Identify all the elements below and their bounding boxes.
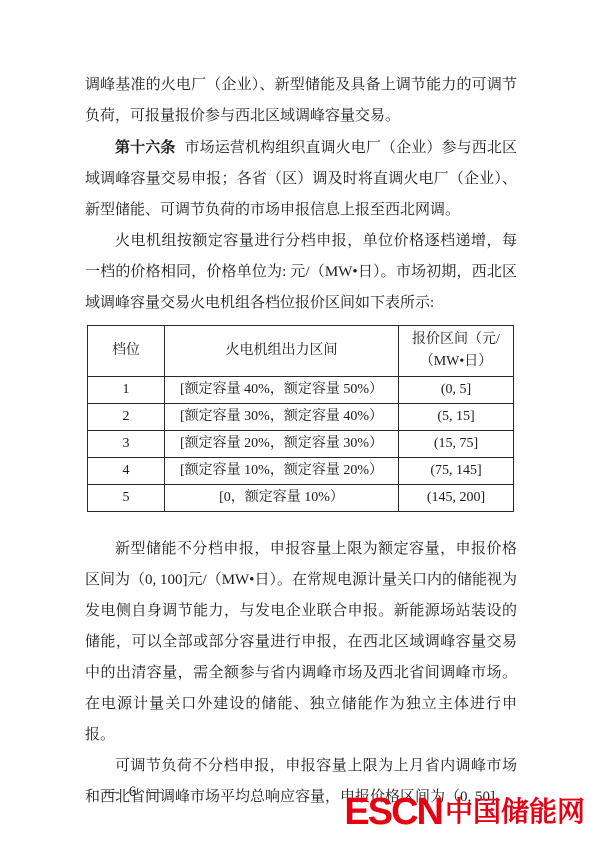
paragraph-storage-bidding: 新型储能不分档申报，申报容量上限为额定容量，申报价格区间为（0, 100]元/（… (85, 534, 517, 751)
escn-logo-text-zh: 中国储能网 (445, 796, 585, 828)
header-tier: 档位 (88, 326, 165, 377)
table-header-row: 档位 火电机组出力区间 报价区间（元/ （MW•日） (88, 326, 514, 377)
paragraph-thermal-bidding: 火电机组按额定容量进行分档申报，单位价格逐档递增，每一档的价格相同，价格单位为:… (85, 226, 517, 319)
table-cell-tier: 3 (88, 431, 165, 458)
pricing-table: 档位 火电机组出力区间 报价区间（元/ （MW•日） 1 [额定容量 40%，额… (87, 325, 514, 512)
table-cell-price: (0, 5] (399, 377, 514, 404)
table-cell-tier: 1 (88, 377, 165, 404)
table-cell-tier: 4 (88, 458, 165, 485)
table-cell-range: [0，额定容量 10%） (165, 485, 399, 512)
paragraph-continuation: 调峰基准的火电厂（企业）、新型储能及具备上调节能力的可调节负荷，可报量报价参与西… (85, 70, 517, 132)
table-cell-tier: 5 (88, 485, 165, 512)
table-cell-price: (15, 75] (399, 431, 514, 458)
table-row: 1 [额定容量 40%，额定容量 50%） (0, 5] (88, 377, 514, 404)
table-cell-price: (145, 200] (399, 485, 514, 512)
page-number: — 6 — (104, 784, 164, 801)
article-number-label: 第十六条 (115, 139, 175, 156)
escn-logo-text-en: ESCN (344, 796, 442, 828)
table-cell-range: [额定容量 20%，额定容量 30%） (165, 431, 399, 458)
document-page: 调峰基准的火电厂（企业）、新型储能及具备上调节能力的可调节负荷，可报量报价参与西… (0, 0, 600, 848)
table-row: 4 [额定容量 10%，额定容量 20%） (75, 145] (88, 458, 514, 485)
table-row: 2 [额定容量 30%，额定容量 40%） (5, 15] (88, 404, 514, 431)
table-cell-tier: 2 (88, 404, 165, 431)
table-row: 5 [0，额定容量 10%） (145, 200] (88, 485, 514, 512)
document-body: 调峰基准的火电厂（企业）、新型储能及具备上调节能力的可调节负荷，可报量报价参与西… (85, 70, 517, 813)
escn-logo: ESCN 中国储能网 (344, 796, 585, 828)
table-row: 3 [额定容量 20%，额定容量 30%） (15, 75] (88, 431, 514, 458)
header-price-range: 报价区间（元/ （MW•日） (399, 326, 514, 377)
table-cell-range: [额定容量 30%，额定容量 40%） (165, 404, 399, 431)
header-output-range: 火电机组出力区间 (165, 326, 399, 377)
table-cell-price: (5, 15] (399, 404, 514, 431)
table-cell-range: [额定容量 10%，额定容量 20%） (165, 458, 399, 485)
table-cell-price: (75, 145] (399, 458, 514, 485)
table-cell-range: [额定容量 40%，额定容量 50%） (165, 377, 399, 404)
paragraph-article-16: 第十六条市场运营机构组织直调火电厂（企业）参与西北区域调峰容量交易申报；各省（区… (85, 132, 517, 226)
